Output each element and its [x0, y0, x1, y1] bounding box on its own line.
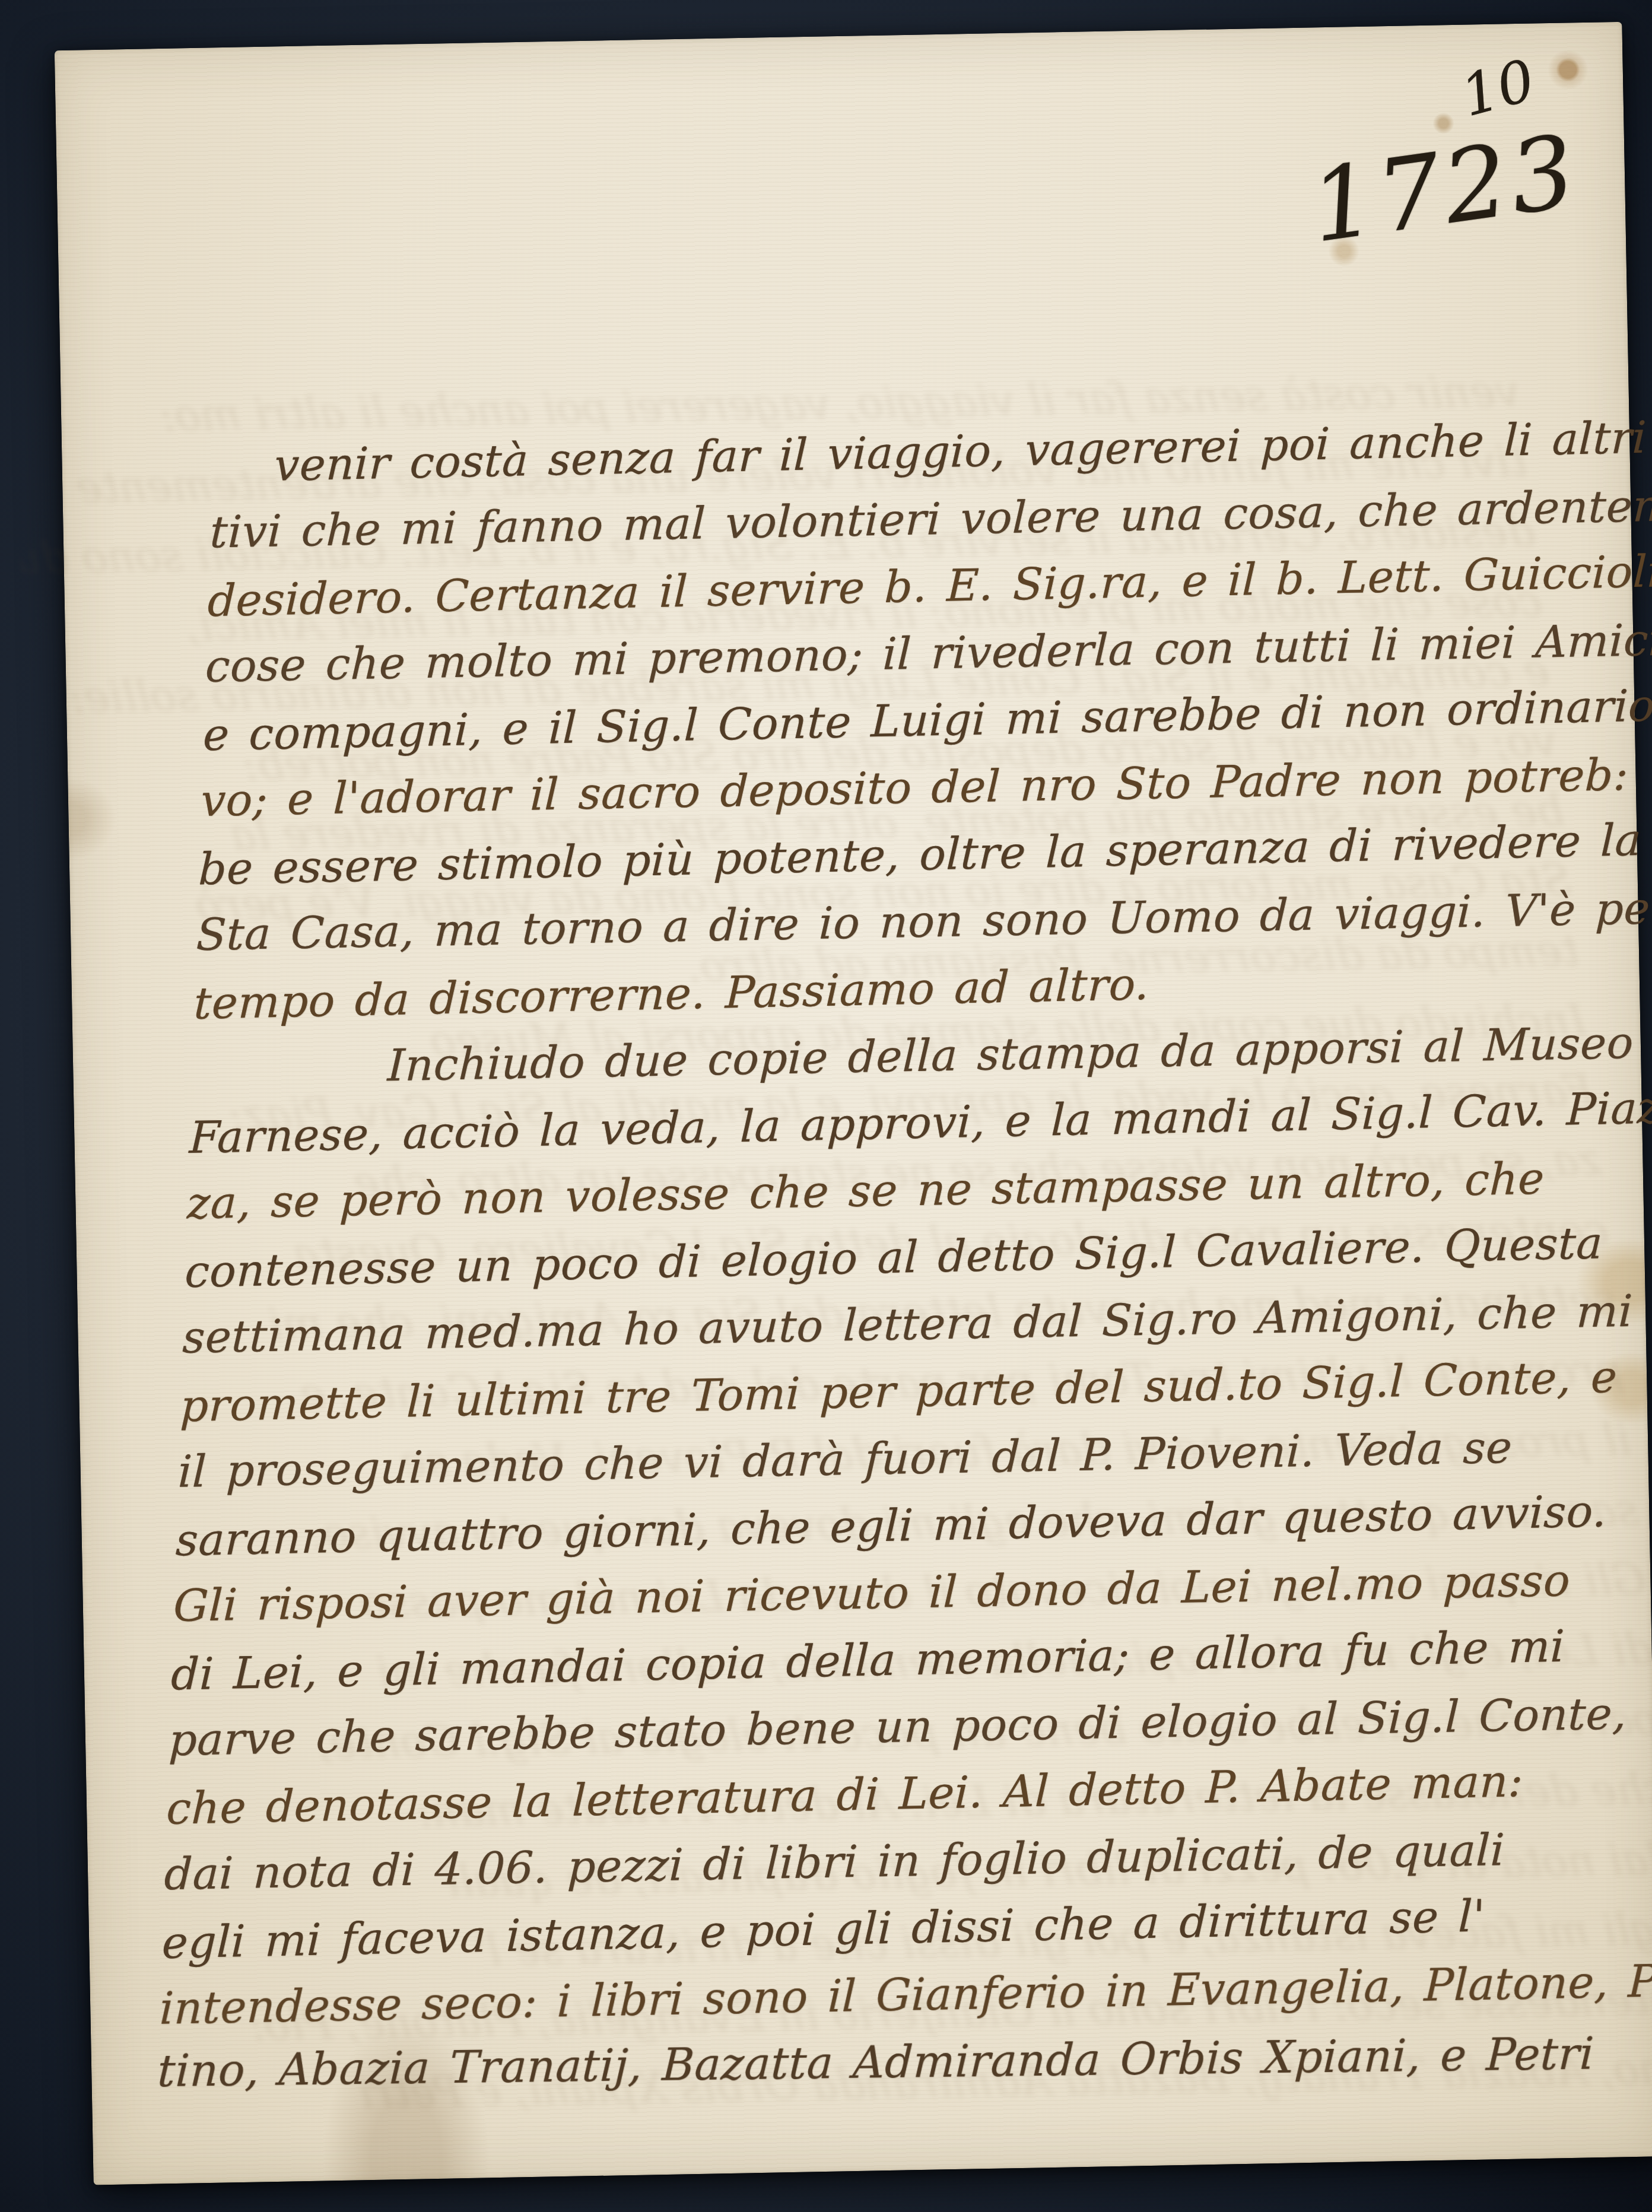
letter-page: venir costà senza far il viaggio, vagere…: [55, 22, 1652, 2185]
letter-body: venir costà senza far il viaggio, vagere…: [156, 406, 1640, 2109]
year-annotation: 1723: [1304, 113, 1586, 265]
page-number-annotation: 10: [1454, 47, 1542, 130]
scan-background: venir costà senza far il viaggio, vagere…: [0, 0, 1652, 2212]
